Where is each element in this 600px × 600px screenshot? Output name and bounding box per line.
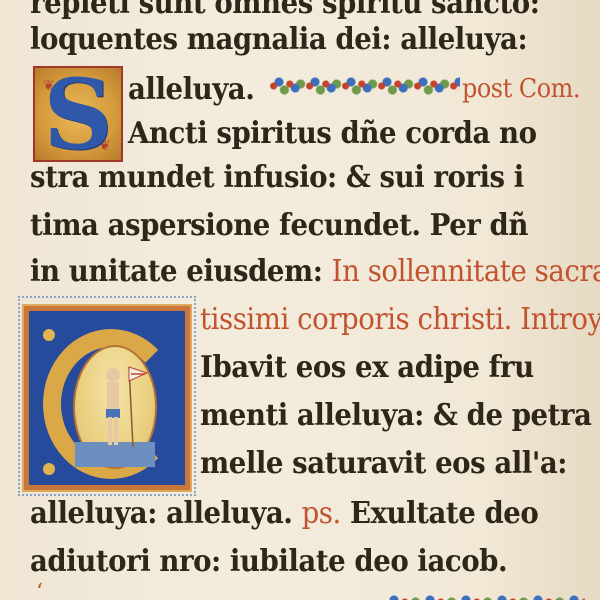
exultate-text: Exultate deo <box>350 496 538 531</box>
illuminated-initial-c <box>24 306 190 490</box>
illuminated-initial-s: ❦ ❦ S <box>33 66 123 162</box>
gold-orb-icon <box>43 329 55 341</box>
floral-vine-band-top <box>270 66 460 106</box>
text-line-8: tissimi corporis christi. Introy. <box>200 302 600 337</box>
alleluya-text: alleluya. <box>128 72 254 107</box>
text-line-4: Ancti spiritus dñe corda no <box>128 116 537 151</box>
rubric-corpus-christi: In sollennitate sacra <box>332 254 600 289</box>
text-line-6: tima aspersione fecundet. Per dñ <box>30 208 528 243</box>
alleluya-alleluya-text: alleluya: alleluya. <box>30 496 292 531</box>
text-line-11: melle saturavit eos all'a: <box>200 446 567 481</box>
floral-vine-band-bottom <box>385 584 585 600</box>
text-line-10: menti alleluya: & de petra <box>200 398 591 433</box>
manuscript-page: repleti sunt omnes spiritu sancto: loque… <box>0 0 600 600</box>
risen-christ-miniature <box>73 345 157 469</box>
text-line-13: adiutori nro: iubilate deo iacob. <box>30 544 507 579</box>
text-line-12: alleluya: alleluya. ps. Exultate deo <box>30 496 538 531</box>
rubric-mark: ʻ <box>36 580 43 600</box>
text-line-1: repleti sunt omnes spiritu sancto: <box>30 0 539 21</box>
text-line-3: alleluya. <box>128 72 254 107</box>
text-line-9: Ibavit eos ex adipe fru <box>200 350 534 385</box>
christ-figure-icon <box>75 347 155 467</box>
in-unitate-text: in unitate eiusdem: <box>30 254 322 289</box>
text-line-5: stra mundet infusio: & sui roris i <box>30 160 524 195</box>
text-line-7: in unitate eiusdem: In sollennitate sacr… <box>30 254 600 289</box>
gold-orb-icon <box>43 463 55 475</box>
initial-letter-s: S <box>35 58 121 171</box>
rubric-post-com: post Com. <box>462 74 580 104</box>
rubric-ps: ps. <box>302 496 341 531</box>
text-line-2: loquentes magnalia dei: alleluya: <box>30 22 527 57</box>
